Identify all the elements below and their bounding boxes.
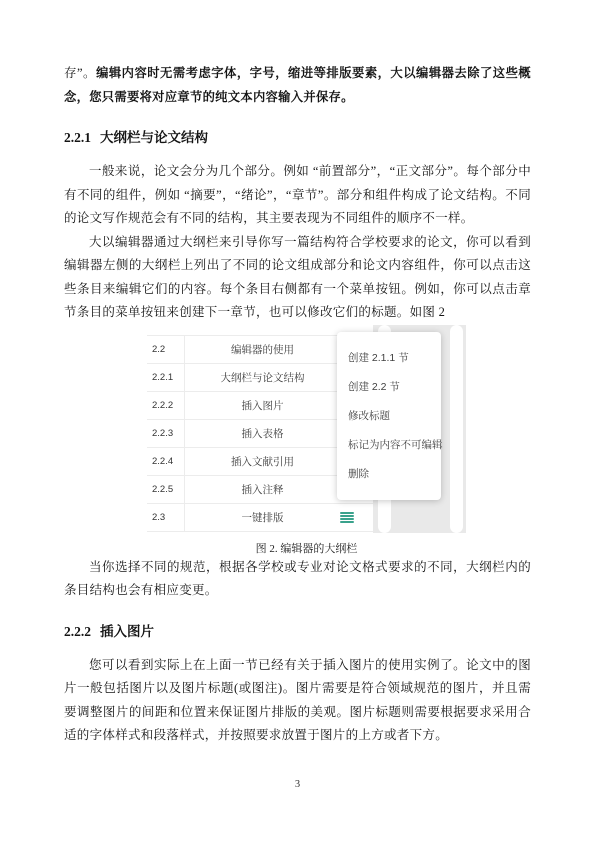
outline-row-number: 2.2.1 <box>147 364 185 391</box>
figure-canvas: 2.2 编辑器的使用 2.2.1 大纲栏与论文结构 2.2.2 插入图片 <box>147 325 466 533</box>
outline-row-number: 2.2.3 <box>147 420 185 447</box>
format-list-icon[interactable] <box>340 511 354 524</box>
intro-paragraph: 存”。编辑内容时无需考虑字体，字号，缩进等排版要素，大以编辑器去除了这些概念，您… <box>64 62 531 109</box>
document-page: 存”。编辑内容时无需考虑字体，字号，缩进等排版要素，大以编辑器去除了这些概念，您… <box>0 0 595 842</box>
intro-bold-text: 编辑内容时无需考虑字体，字号，缩进等排版要素，大以编辑器去除了这些概念，您只需要… <box>64 66 531 104</box>
paragraph: 您可以看到实际上在上面一节已经有关于插入图片的使用实例了。论文中的图片一般包括图… <box>64 654 531 748</box>
page-content: 存”。编辑内容时无需考虑字体，字号，缩进等排版要素，大以编辑器去除了这些概念，您… <box>64 62 531 748</box>
section-number: 2.2.2 <box>64 624 91 639</box>
menu-item-create-2-1-1[interactable]: 创建 2.1.1 节 <box>337 351 441 365</box>
section-heading-2-2-2: 2.2.2插入图片 <box>64 623 531 641</box>
outline-row-number: 2.2.2 <box>147 392 185 419</box>
outline-row-title: 插入表格 <box>185 426 340 441</box>
outline-row-number: 2.2 <box>147 336 185 363</box>
outline-row-number: 2.2.5 <box>147 476 185 503</box>
section-number: 2.2.1 <box>64 130 91 145</box>
section-title: 插入图片 <box>100 624 154 639</box>
outline-row-2-3[interactable]: 2.3 一键排版 <box>147 504 373 532</box>
paragraph: 大以编辑器通过大纲栏来引导你写一篇结构符合学校要求的论文，你可以看到编辑器左侧的… <box>64 231 531 325</box>
outline-row-title: 大纲栏与论文结构 <box>185 370 340 385</box>
outline-row-number: 2.2.4 <box>147 448 185 475</box>
outline-row-title: 插入图片 <box>185 398 340 413</box>
menu-item-mark-readonly[interactable]: 标记为内容不可编辑 <box>337 438 441 452</box>
intro-prefix: 存”。 <box>64 66 96 80</box>
outline-row-title: 插入文献引用 <box>185 454 340 469</box>
outline-row-title: 编辑器的使用 <box>185 342 340 357</box>
section-title: 大纲栏与论文结构 <box>100 130 208 145</box>
menu-item-create-2-2[interactable]: 创建 2.2 节 <box>337 380 441 394</box>
outline-row-title: 插入注释 <box>185 482 340 497</box>
section-heading-2-2-1: 2.2.1大纲栏与论文结构 <box>64 129 531 147</box>
page-number: 3 <box>0 779 595 790</box>
figure-outline-screenshot: 2.2 编辑器的使用 2.2.1 大纲栏与论文结构 2.2.2 插入图片 <box>64 325 531 556</box>
figure-caption: 图 2. 编辑器的大纲栏 <box>147 540 466 556</box>
menu-item-rename[interactable]: 修改标题 <box>337 409 441 423</box>
paragraph: 当你选择不同的规范，根据各学校或专业对论文格式要求的不同，大纲栏内的条目结构也会… <box>64 556 531 603</box>
paragraph: 一般来说，论文会分为几个部分。例如 “前置部分”，“正文部分”。每个部分中有不同… <box>64 160 531 231</box>
outline-row-title: 一键排版 <box>185 510 340 525</box>
menu-item-delete[interactable]: 删除 <box>337 467 441 481</box>
context-menu: 创建 2.1.1 节 创建 2.2 节 修改标题 标记为内容不可编辑 删除 <box>337 332 441 500</box>
figure-scroll-strip <box>450 325 463 533</box>
outline-row-number: 2.3 <box>147 504 185 531</box>
